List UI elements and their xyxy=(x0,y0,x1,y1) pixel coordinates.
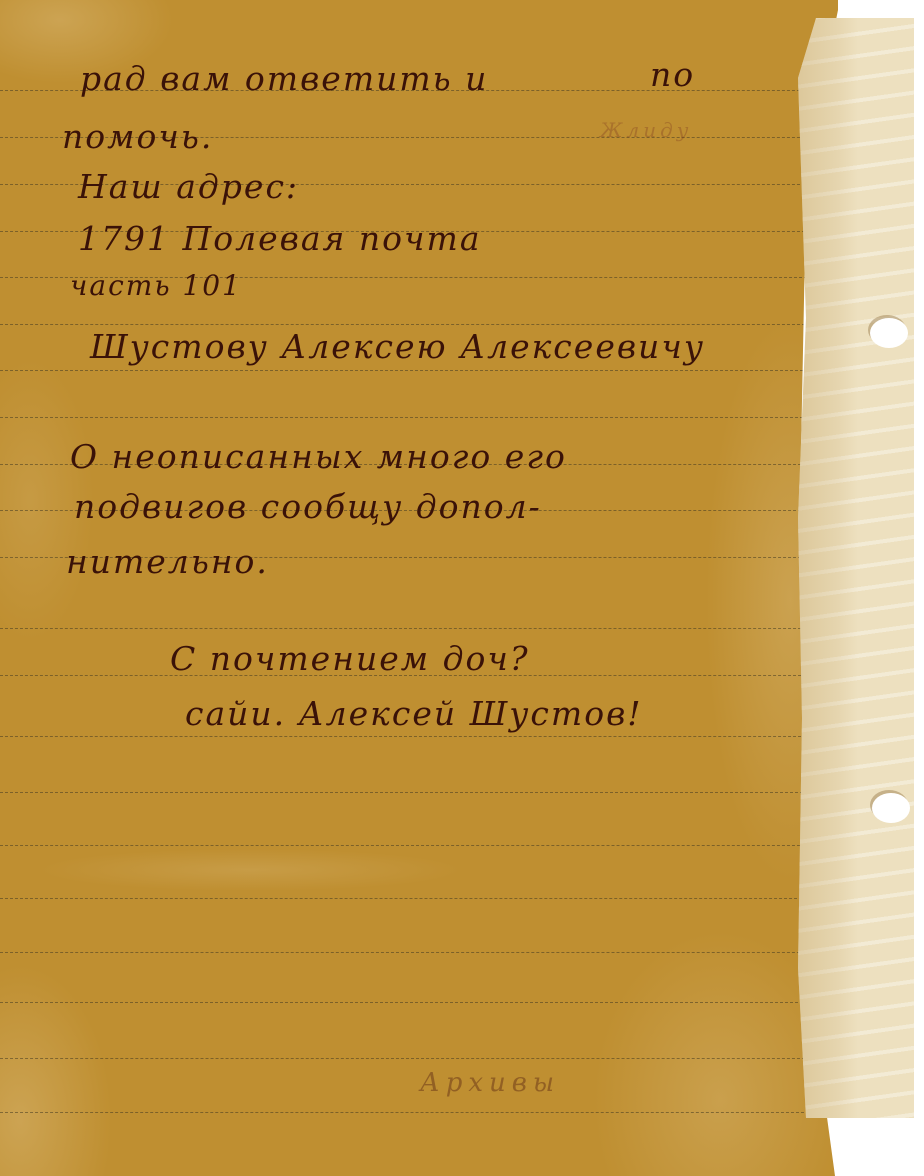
closing-line-1: С почтением доч? xyxy=(170,642,530,675)
adhesive-tape-strip xyxy=(798,18,914,1118)
punch-hole-top xyxy=(870,318,908,348)
ruled-line xyxy=(0,1112,824,1114)
ruled-line xyxy=(0,845,810,847)
paragraph-2-line-3: нительно. xyxy=(66,545,269,578)
paragraph-2-line-1: О неописанных много его xyxy=(70,440,567,473)
tape-wrinkle-texture xyxy=(798,18,914,1118)
paragraph-2-line-2: подвигов сообщу допол- xyxy=(74,490,542,523)
address-label: Наш адрес: xyxy=(78,170,299,203)
archive-mark: Архивы xyxy=(420,1068,560,1098)
handwriting-line-2: помочь. xyxy=(62,120,213,153)
paper-sheet: Жлиду рад вам ответить и по помочь. Наш … xyxy=(0,0,838,1176)
ruled-line xyxy=(0,370,808,372)
ruled-line xyxy=(0,1002,818,1004)
ruled-line xyxy=(0,736,806,738)
ruled-line xyxy=(0,898,812,900)
handwriting-line-1: рад вам ответить и xyxy=(80,62,488,95)
address-recipient: Шустову Алексею Алексеевичу xyxy=(90,330,705,363)
handwriting-line-1-end: по xyxy=(650,58,695,91)
ruled-line xyxy=(0,952,815,954)
address-unit: часть 101 xyxy=(70,272,242,300)
scanned-letter: Жлиду рад вам ответить и по помочь. Наш … xyxy=(0,0,924,1176)
ruled-line xyxy=(0,417,808,419)
ruled-line xyxy=(0,324,810,326)
bleed-through-text: Жлиду xyxy=(600,118,692,142)
ruled-line xyxy=(0,1058,820,1060)
punch-hole-bottom xyxy=(872,793,910,823)
address-field-post: 1791 Полевая почта xyxy=(78,222,482,255)
ruled-line xyxy=(0,628,806,630)
closing-signature: сайи. Алексей Шустов! xyxy=(185,697,643,730)
ruled-line xyxy=(0,792,808,794)
